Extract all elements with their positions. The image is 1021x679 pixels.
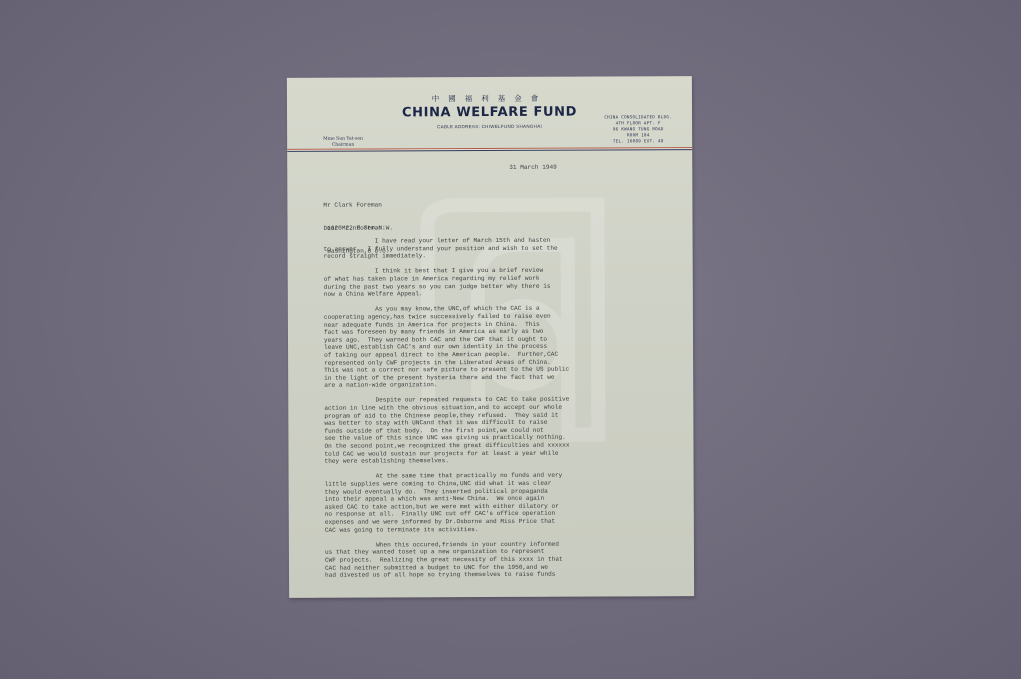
- typed-line: in the light of the present hysteria the…: [324, 373, 569, 382]
- letterhead-chairman: Mme Sun Yat-sen Chairman: [323, 137, 363, 149]
- letter-body: I have read your letter of March 15th an…: [324, 237, 571, 587]
- letterhead-divider: [287, 147, 692, 153]
- letter-paragraph: When this occured,friends in your countr…: [325, 540, 570, 579]
- letter-paragraph: Despite our repeated requests to CAC to …: [324, 396, 569, 465]
- letter-page: 中國福利基金會 CHINA WELFARE FUND CABLE ADDRESS…: [287, 76, 694, 598]
- letter-date: 31 March 1949: [509, 164, 557, 172]
- letter-paragraph: I think it best that I give you a brief …: [324, 267, 569, 298]
- letterhead-chinese-title: 中國福利基金會: [287, 92, 692, 105]
- address-line: TEL. 16089 EXT. 48: [604, 138, 672, 144]
- typed-line: during the past two years so you can jud…: [324, 282, 569, 291]
- typed-line: they were establishing themselves.: [325, 457, 570, 466]
- letter-paragraph: I have read your letter of March 15th an…: [324, 237, 569, 261]
- letter-paragraph: As you may know,the UNC,of which the CAC…: [324, 305, 569, 390]
- letterhead-address-stamp: CHINA CONSOLIDATED BLDG. 4TH FLOOR APT. …: [604, 114, 672, 144]
- recipient-line: Mr Clark Foreman: [323, 202, 393, 210]
- typed-line: record straight immediately.: [324, 252, 569, 261]
- typed-line: to answer. I fully understand your posit…: [324, 244, 569, 253]
- typed-line: had divested us of all hope so trying th…: [325, 571, 570, 580]
- typed-line: CAC was going to terminate its activitie…: [325, 525, 570, 534]
- typed-line: expenses and we were informed by Dr.Osbo…: [325, 518, 570, 527]
- salutation: Dear Mr. Foreman:: [324, 224, 386, 232]
- typed-line: are a nation-wide organization.: [324, 381, 569, 390]
- typed-line: now a China Welfare Appeal.: [324, 290, 569, 299]
- letter-paragraph: At the same time that practically no fun…: [325, 472, 570, 534]
